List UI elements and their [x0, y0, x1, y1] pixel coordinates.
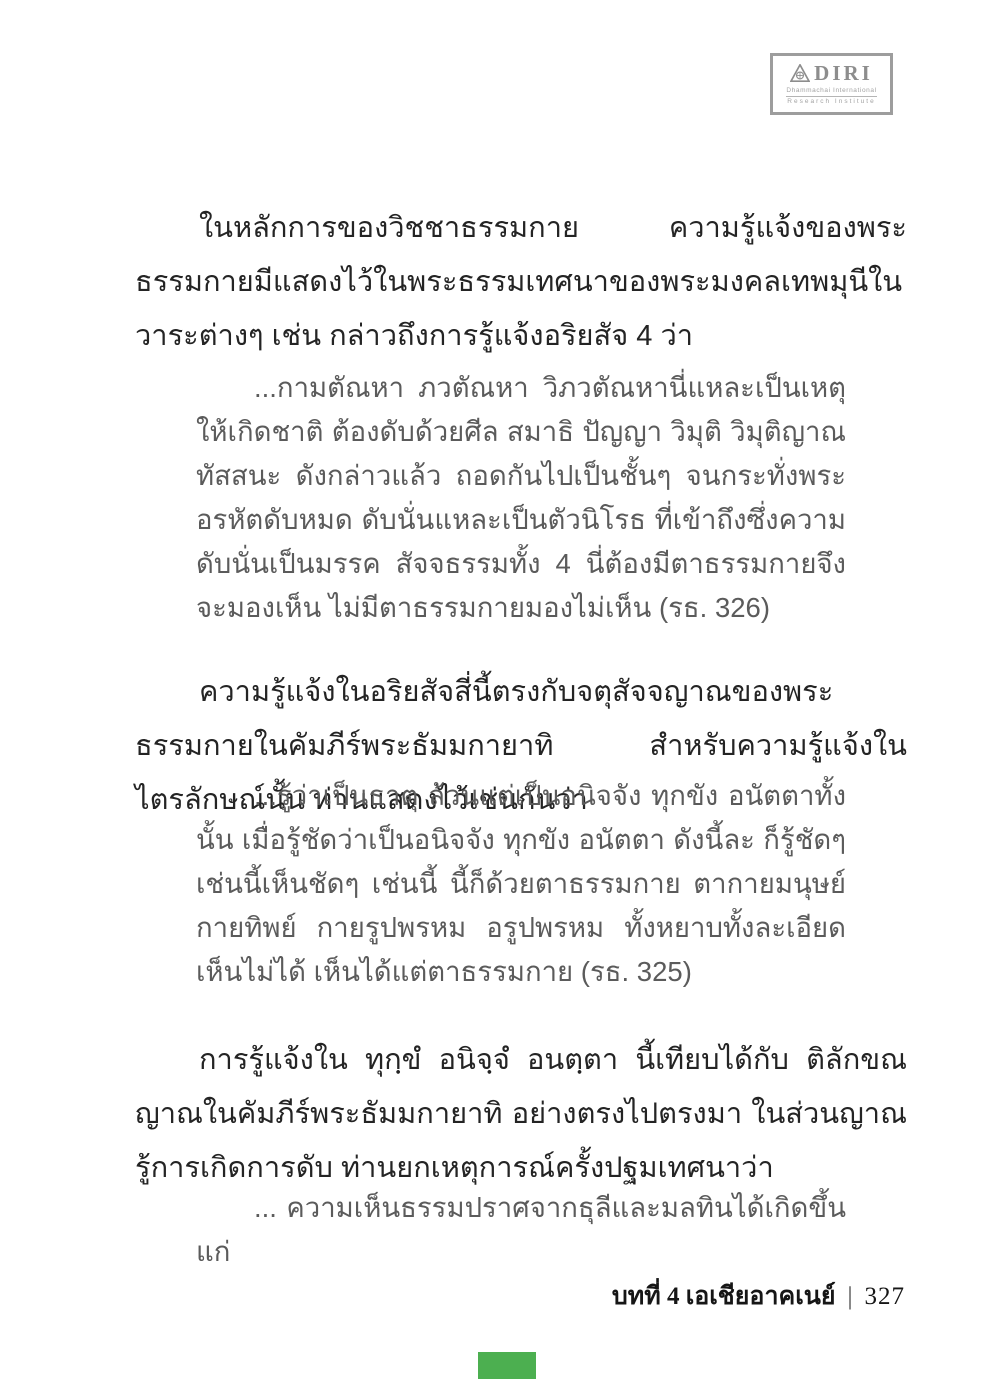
diri-logo-subtitle-line1: Dhammachai International: [786, 87, 876, 97]
paragraph-intro-vijja-dhammakaya: ในหลักการของวิชชาธรรมกาย ความรู้แจ้งของพ…: [135, 201, 907, 363]
diri-logo: DIRI Dhammachai International Research I…: [770, 53, 893, 115]
page-footer: บทที่ 4 เอเชียอาคเนย์ | 327: [612, 1276, 905, 1316]
diri-logo-text: DIRI: [814, 63, 873, 84]
diri-logo-brand-row: DIRI: [790, 63, 873, 84]
footer-separator: |: [847, 1283, 852, 1311]
paragraph-tilakkhananana: การรู้แจ้งใน ทุกฺขํ อนิจฺจํ อนตฺตา นี้เท…: [135, 1033, 907, 1195]
footer-chapter-label: บทที่ 4 เอเชียอาคเนย์: [612, 1276, 836, 1316]
bottom-accent-bar: [478, 1352, 536, 1379]
document-page: DIRI Dhammachai International Research I…: [0, 0, 1000, 1379]
diri-logo-subtitle-line2: Research Institute: [786, 97, 876, 106]
diri-triangle-icon: [790, 64, 810, 82]
quote-block-four-noble-truths: ...กามตัณหา ภวตัณหา วิภวตัณหานี่แหละเป็น…: [196, 366, 846, 630]
footer-page-number: 327: [865, 1283, 906, 1311]
diri-logo-subtitle: Dhammachai International Research Instit…: [786, 87, 876, 106]
quote-block-three-characteristics: ...รู้ว่าเป็นธาตุ ล้วนแต่เป็นอนิจจัง ทุก…: [196, 774, 846, 994]
quote-block-first-sermon: ... ความเห็นธรรมปราศจากธุลีและมลทินได้เก…: [196, 1186, 846, 1274]
